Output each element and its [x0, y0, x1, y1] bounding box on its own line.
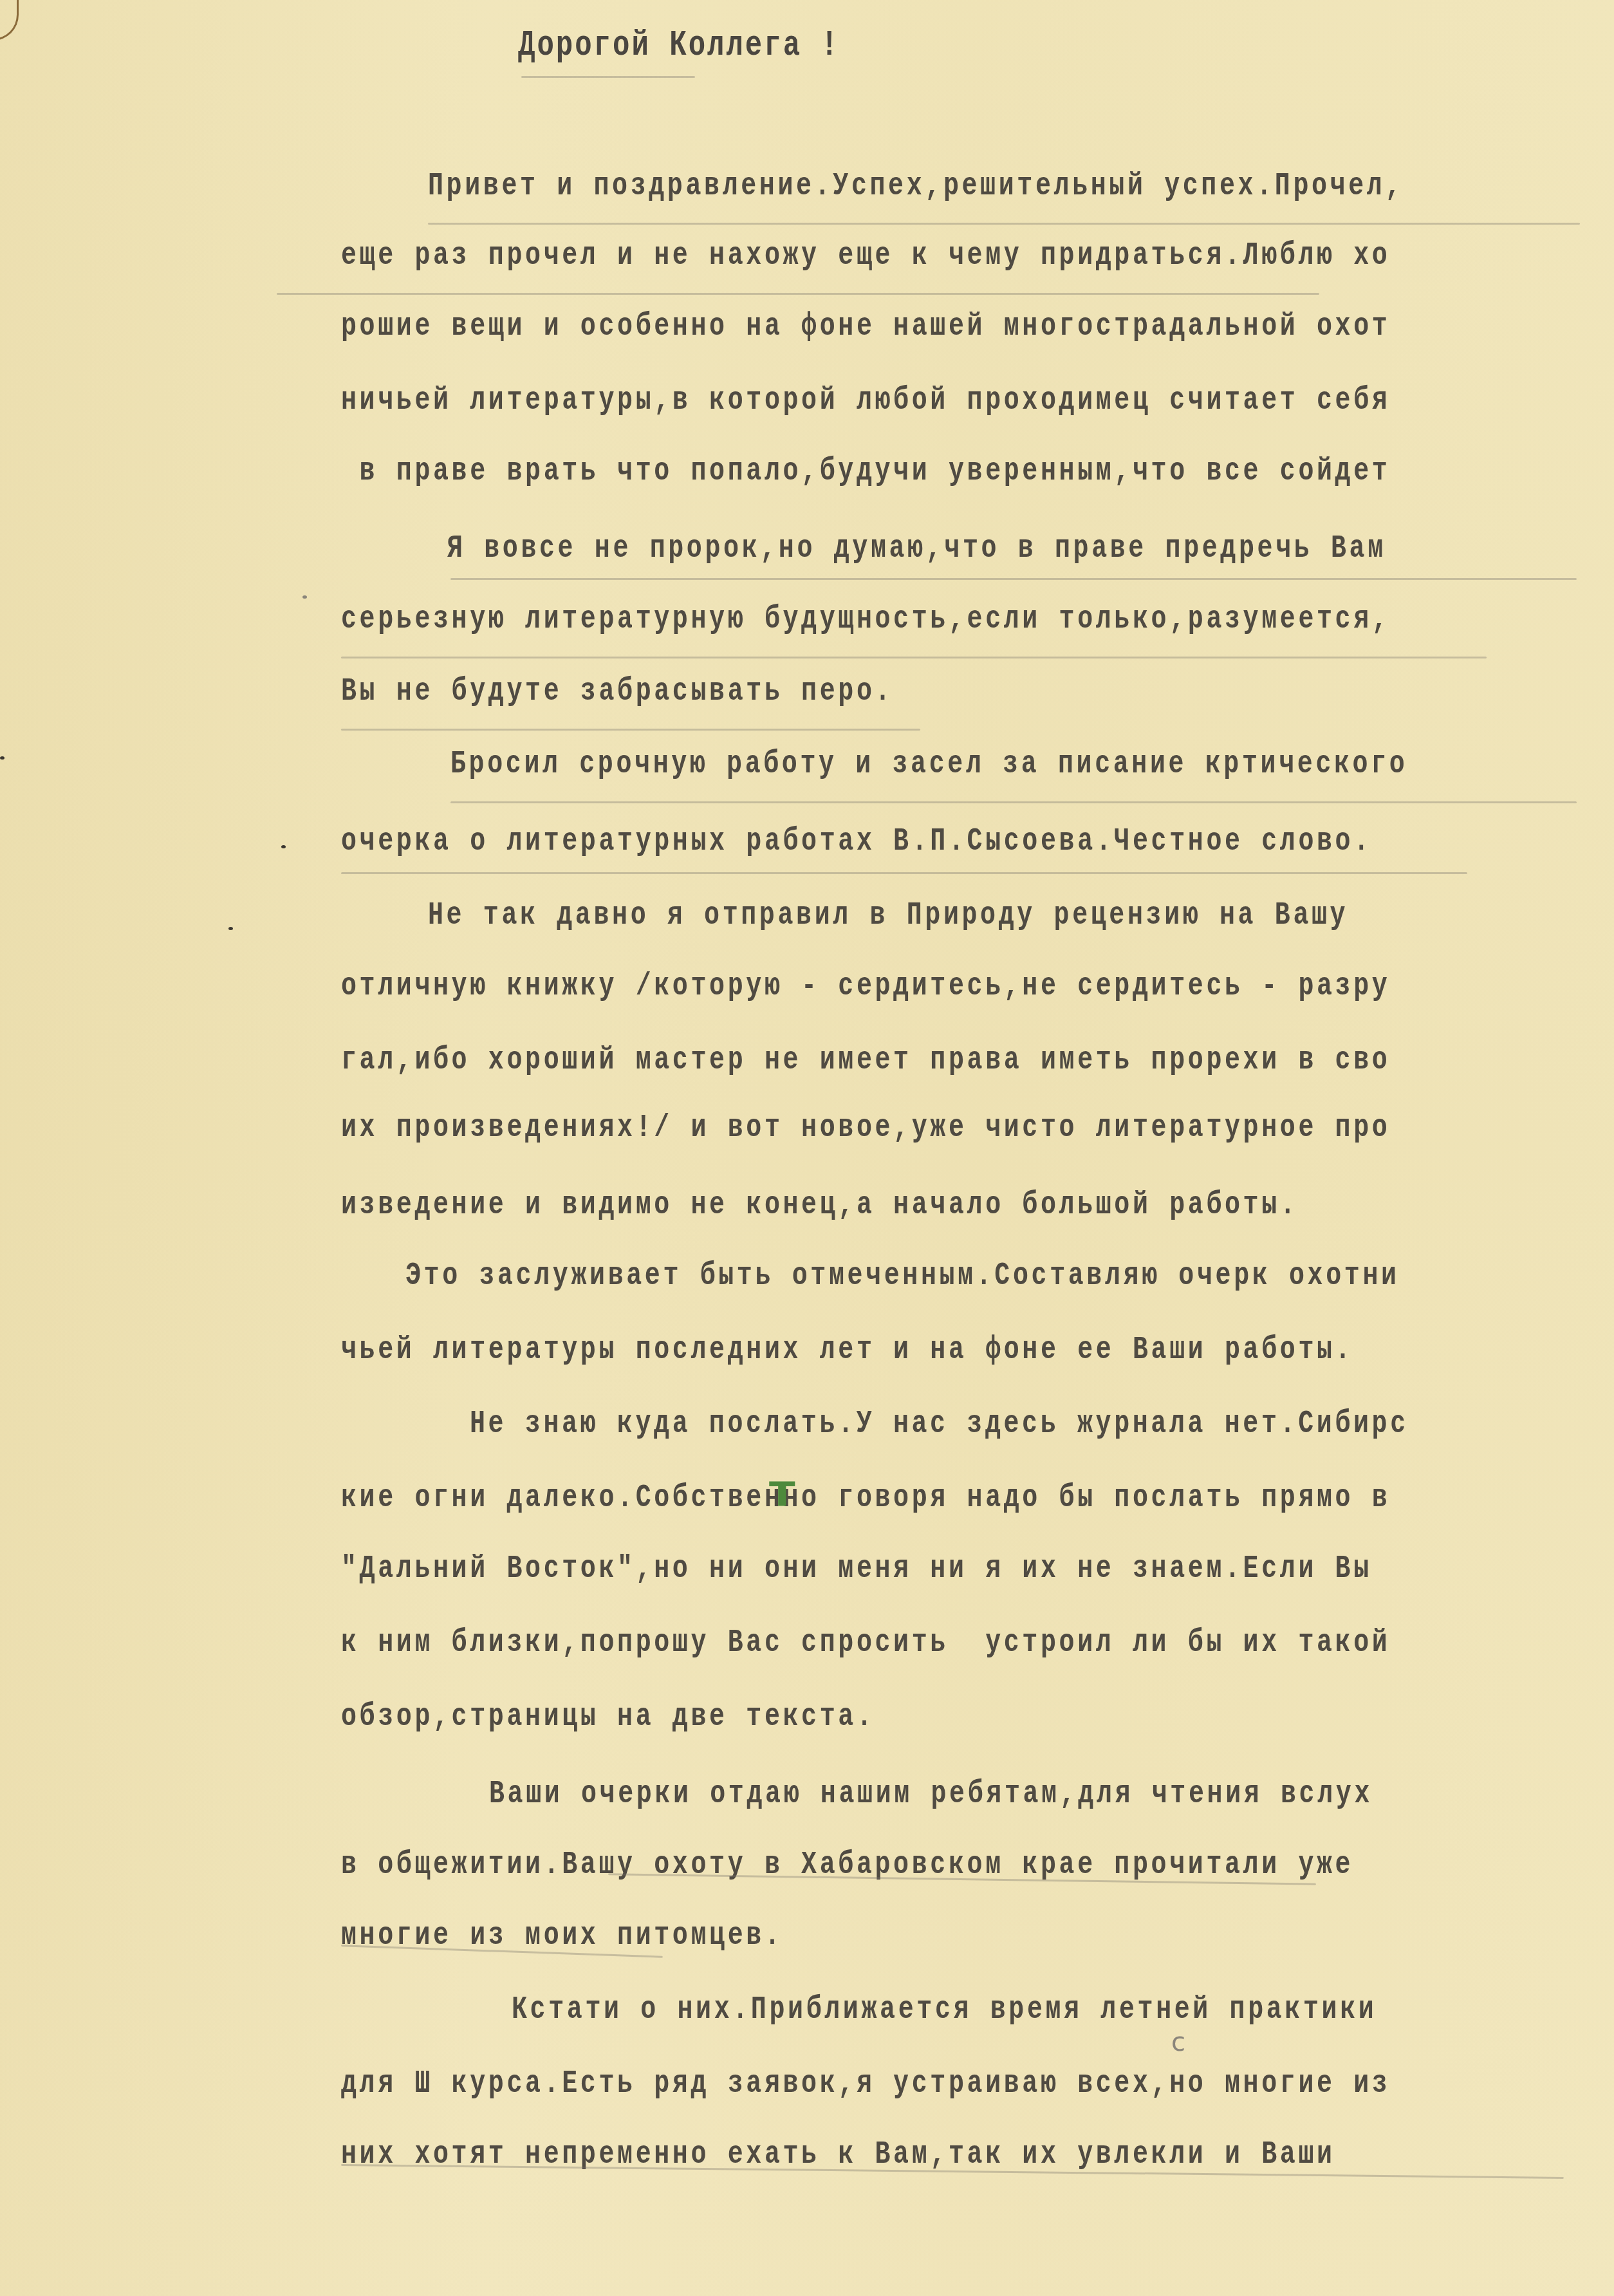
letter-line: Кстати о них.Приближается время летней п…: [512, 1992, 1377, 2028]
paper-speck: [0, 756, 5, 760]
letter-line: изведение и видимо не конец,а начало бол…: [341, 1188, 1298, 1224]
paper-speck: [302, 595, 307, 599]
letter-line: кие огни далеко.Собственно говоря надо б…: [341, 1480, 1390, 1517]
letter-line: чьей литературы последних лет и на фоне …: [341, 1332, 1353, 1368]
letter-line: Я вовсе не пророк,но думаю,что в праве п…: [447, 531, 1386, 567]
letter-line: еще раз прочел и не нахожу еще к чему пр…: [341, 238, 1390, 274]
green-correction-mark: т: [769, 1464, 795, 1517]
pencil-underline: [428, 223, 1580, 225]
letter-line: ничьей литературы,в которой любой проход…: [341, 383, 1390, 419]
pencil-underline: [450, 801, 1577, 803]
pencil-underline: [341, 872, 1467, 874]
paper-speck: [281, 845, 286, 848]
letter-line: в праве врать что попало,будучи уверенны…: [341, 454, 1390, 490]
letter-line: Бросил срочную работу и засел за писание…: [450, 747, 1407, 783]
pencil-underline: [450, 578, 1577, 580]
pencil-underline: [341, 729, 920, 731]
letter-line: рошие вещи и особенно на фоне нашей мног…: [341, 309, 1390, 345]
letter-line: Ваши очерки отдаю нашим ребятам,для чтен…: [489, 1777, 1373, 1813]
letter-line: обзор,страницы на две текста.: [341, 1699, 875, 1735]
letter-line: их произведениях!/ и вот новое,уже чисто…: [341, 1110, 1390, 1146]
pencil-correction-mark: с: [1171, 2028, 1185, 2057]
letter-line: "Дальний Восток",но ни они меня ни я их …: [341, 1551, 1372, 1587]
letter-page: Дорогой Коллега ! Привет и поздравление.…: [0, 0, 1614, 2296]
letter-line: них хотят непременно ехать к Вам,так их …: [341, 2137, 1335, 2173]
letter-line: к ним близки,попрошу Вас спросить устрои…: [341, 1625, 1390, 1661]
salutation: Дорогой Коллега !: [518, 26, 840, 66]
letter-line: Привет и поздравление.Успех,решительный …: [428, 169, 1404, 205]
letter-line: Это заслуживает быть отмеченным.Составля…: [405, 1258, 1400, 1294]
letter-line: Вы не будуте забрасывать перо.: [341, 674, 893, 710]
letter-line: гал,ибо хороший мастер не имеет права им…: [341, 1043, 1390, 1079]
paper-speck: [228, 927, 233, 930]
pencil-underline: [521, 76, 695, 78]
pencil-underline: [341, 657, 1487, 658]
letter-line: очерка о литературных работах В.П.Сысоев…: [341, 824, 1372, 860]
letter-line: Не знаю куда послать.У нас здесь журнала…: [470, 1406, 1409, 1442]
letter-line: Не так давно я отправил в Природу реценз…: [428, 898, 1348, 934]
letter-line: серьезную литературную будущность,если т…: [341, 602, 1390, 638]
pencil-underline: [277, 293, 1319, 295]
letter-line: отличную книжку /которую - сердитесь,не …: [341, 969, 1390, 1005]
letter-line: для Ш курса.Есть ряд заявок,я устраиваю …: [341, 2066, 1390, 2102]
